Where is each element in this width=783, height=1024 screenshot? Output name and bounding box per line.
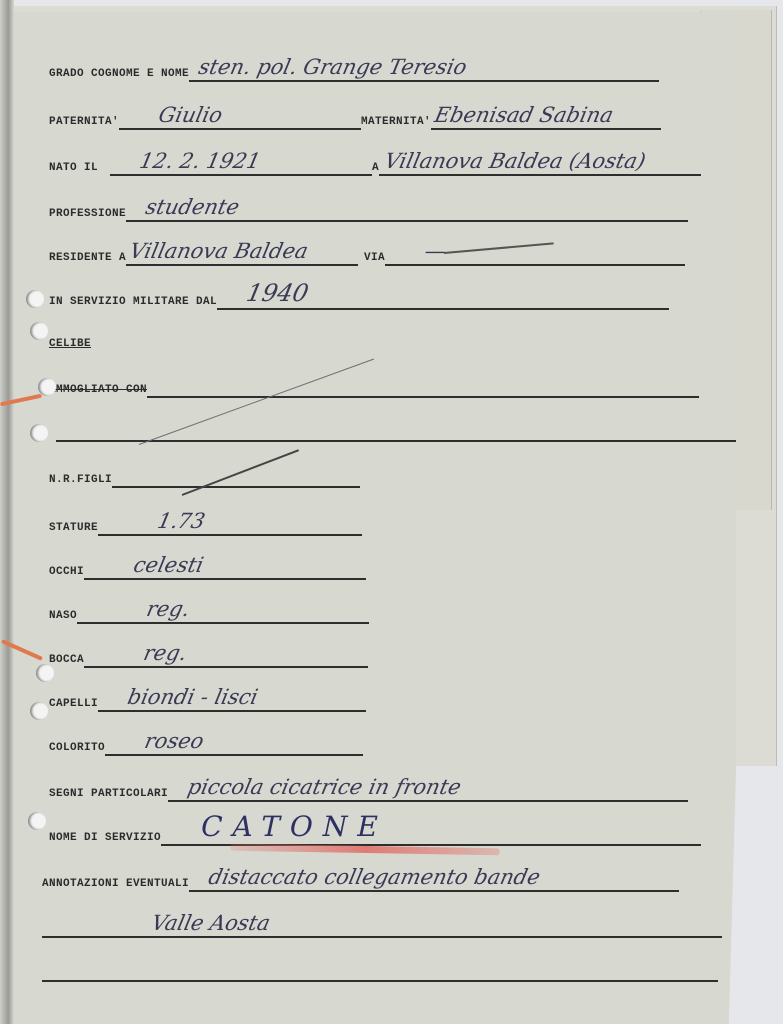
label-maternita: MATERNITA': [361, 116, 431, 130]
row-eyes: OCCHI celesti: [49, 550, 366, 580]
row-birth: NATO IL 12. 2. 1921 A Villanova Baldea (…: [49, 146, 701, 176]
value-segni-particolari: piccola cicatrice in fronte: [185, 775, 463, 799]
field-ammogliato-con: [147, 372, 699, 398]
label-ammogliato-con: AMMOGLIATO CON: [49, 384, 147, 398]
label-residente-a: RESIDENTE A: [49, 252, 126, 266]
row-married: AMMOGLIATO CON: [49, 368, 699, 398]
row-residence: RESIDENTE A Villanova Baldea VIA —: [49, 236, 685, 266]
row-military-service: IN SERVIZIO MILITARE DAL 1940: [49, 280, 669, 310]
field-annotazioni-eventuali: distaccato collegamento bande: [189, 866, 679, 892]
label-capelli: CAPELLI: [49, 698, 98, 712]
label-bocca: BOCCA: [49, 654, 84, 668]
value-occhi: celesti: [131, 553, 205, 577]
field-nato-il: 12. 2. 1921: [110, 150, 372, 176]
field-occhi: celesti: [84, 554, 366, 580]
label-stature: STATURE: [49, 522, 98, 536]
row-name: GRADO COGNOME E NOME sten. pol. Grange T…: [49, 52, 659, 82]
field-annotazioni-line3: [42, 956, 718, 982]
label-occhi: OCCHI: [49, 566, 84, 580]
field-bocca: reg.: [84, 642, 368, 668]
value-grado-cognome-nome: sten. pol. Grange Teresio: [196, 55, 469, 79]
punch-hole: [36, 664, 54, 682]
label-nr-figli: N.R.FIGLI: [49, 474, 112, 488]
field-professione: studente: [126, 196, 688, 222]
label-paternita: PATERNITA': [49, 116, 119, 130]
row-parents: PATERNITA' Giulio MATERNITA' Ebenisad Sa…: [49, 100, 661, 130]
label-colorito: COLORITO: [49, 742, 105, 756]
label-via: VIA: [364, 252, 385, 266]
value-capelli: biondi - lisci: [125, 685, 260, 709]
row-stature: STATURE 1.73: [49, 506, 362, 536]
field-nome-di-servizio: CATONE: [161, 820, 701, 846]
value-colorito: roseo: [142, 729, 206, 753]
label-nome-di-servizio: NOME DI SERVIZIO: [49, 832, 161, 846]
label-segni-particolari: SEGNI PARTICOLARI: [49, 788, 168, 802]
row-notes-line2: Valle Aosta: [42, 908, 722, 938]
field-luogo-nascita: Villanova Baldea (Aosta): [379, 150, 701, 176]
field-annotazioni-line2: Valle Aosta: [42, 912, 722, 938]
row-notes-line4: [48, 996, 718, 1024]
row-distinguishing-marks: SEGNI PARTICOLARI piccola cicatrice in f…: [49, 772, 688, 802]
label-luogo-nascita: A: [372, 162, 379, 176]
punch-hole: [30, 424, 48, 442]
field-colorito: roseo: [105, 730, 363, 756]
value-stature: 1.73: [155, 509, 207, 533]
field-segni-particolari: piccola cicatrice in fronte: [168, 776, 688, 802]
row-mouth: BOCCA reg.: [49, 638, 368, 668]
value-luogo-nascita: Villanova Baldea (Aosta): [382, 149, 647, 173]
value-nome-di-servizio: CATONE: [198, 810, 392, 843]
label-naso: NASO: [49, 610, 77, 624]
label-annotazioni-eventuali: ANNOTAZIONI EVENTUALI: [42, 878, 189, 892]
value-residente-a: Villanova Baldea: [127, 239, 310, 263]
row-notes: ANNOTAZIONI EVENTUALI distaccato collega…: [42, 862, 679, 892]
field-grado-cognome-nome: sten. pol. Grange Teresio: [189, 56, 659, 82]
row-children: N.R.FIGLI: [49, 458, 360, 488]
label-nato-il: NATO IL: [49, 162, 98, 176]
row-celibe: CELIBE: [49, 322, 91, 352]
label-servizio-militare: IN SERVIZIO MILITARE DAL: [49, 296, 217, 310]
record-card: GRADO COGNOME E NOME sten. pol. Grange T…: [14, 12, 736, 1024]
field-servizio-militare: 1940: [217, 284, 669, 310]
field-naso: reg.: [77, 598, 369, 624]
row-profession: PROFESSIONE studente: [49, 192, 688, 222]
value-servizio-militare: 1940: [244, 279, 311, 307]
field-maternita: Ebenisad Sabina: [431, 104, 661, 130]
row-nose: NASO reg.: [49, 594, 369, 624]
binder-edge: [0, 0, 14, 1024]
punch-hole: [30, 322, 48, 340]
field-paternita: Giulio: [119, 104, 361, 130]
value-paternita: Giulio: [156, 103, 224, 127]
label-grado-cognome-nome: GRADO COGNOME E NOME: [49, 68, 189, 82]
row-hair: CAPELLI biondi - lisci: [49, 682, 366, 712]
value-professione: studente: [143, 195, 241, 219]
row-complexion: COLORITO roseo: [49, 726, 363, 756]
field-residente-a: Villanova Baldea: [126, 240, 358, 266]
value-annotazioni-eventuali: distaccato collegamento bande: [206, 865, 542, 889]
punch-hole: [30, 702, 48, 720]
value-nato-il: 12. 2. 1921: [137, 149, 262, 173]
row-notes-line3: [42, 952, 718, 982]
punch-hole: [28, 812, 46, 830]
field-capelli: biondi - lisci: [98, 686, 366, 712]
punch-hole: [26, 290, 44, 308]
value-bocca: reg.: [141, 641, 189, 665]
label-professione: PROFESSIONE: [49, 208, 126, 222]
field-annotazioni-line4: [48, 1000, 718, 1024]
value-annotazioni-line2: Valle Aosta: [149, 911, 272, 935]
field-stature: 1.73: [98, 510, 362, 536]
value-maternita: Ebenisad Sabina: [432, 103, 615, 127]
value-naso: reg.: [144, 597, 192, 621]
label-celibe: CELIBE: [49, 338, 91, 352]
row-service-name: NOME DI SERVIZIO CATONE: [49, 816, 701, 846]
